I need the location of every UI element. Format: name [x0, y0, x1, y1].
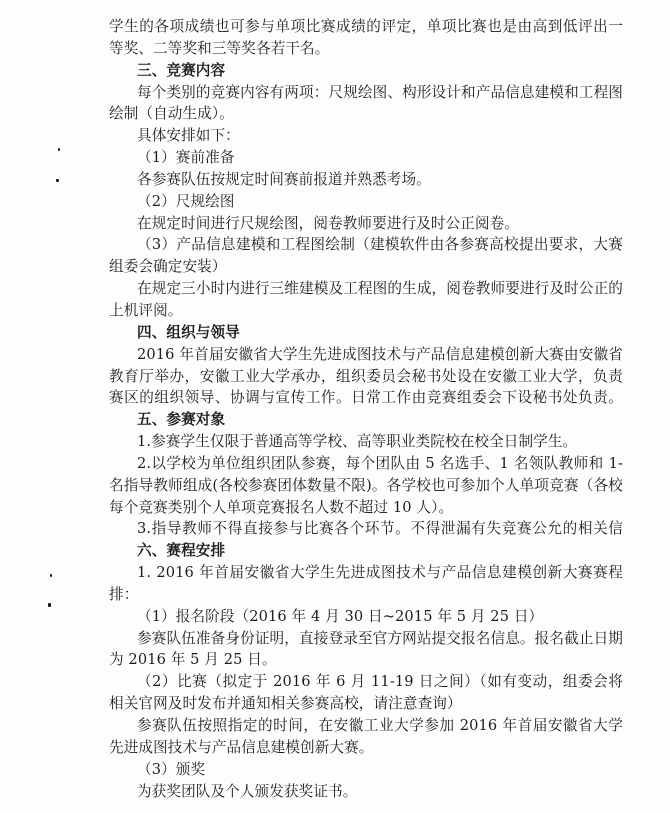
document-line: （1）赛前准备: [109, 147, 623, 169]
document-line: 各参赛队伍按规定时间赛前报道并熟悉考场。: [109, 169, 623, 191]
scan-artifact-dot: [50, 574, 52, 577]
document-line: 排：: [109, 584, 623, 606]
section-heading: 四、组织与领导: [109, 322, 623, 344]
document-line: 1.参赛学生仅限于普通高等学校、高等职业类院校在校全日制学生。: [109, 431, 623, 453]
document-line: 相关官网及时发布并通知相关参赛高校，请注意查询）: [109, 693, 623, 715]
section-heading: 六、赛程安排: [109, 540, 623, 562]
document-line: 2016 年首届安徽省大学生先进成图技术与产品信息建模创新大赛由安徽省: [109, 344, 623, 366]
document-line: 赛区的组织领导、协调与宣传工作。日常工作由竞赛组委会下设秘书处负责。: [109, 387, 623, 409]
section-heading: 五、参赛对象: [109, 409, 623, 431]
scan-artifact-dot: [56, 179, 59, 182]
document-line: 1. 2016 年首届安徽省大学生先进成图技术与产品信息建模创新大赛赛程安: [109, 562, 623, 584]
document-line: 每个竞赛类别个人单项竞赛报名人数不超过 10 人）。: [109, 497, 623, 519]
section-heading: 三、竞赛内容: [109, 60, 623, 82]
document-line: （2）比赛（拟定于 2016 年 6 月 11-19 日之间）（如有变动，组委会…: [109, 671, 623, 693]
scan-artifact-dot: [48, 603, 51, 607]
document-line: 教育厅举办，安徽工业大学承办，组织委员会秘书处设在安徽工业大学，负责本: [109, 366, 623, 388]
document-text-block: 学生的各项成绩也可参与单项比赛成绩的评定，单项比赛也是由高到低评出一等奖、二等奖…: [109, 16, 623, 802]
document-line: 在规定时间进行尺规绘图，阅卷教师要进行及时公正阅卷。: [109, 213, 623, 235]
document-line: （1）报名阶段（2016 年 4 月 30 日~2015 年 5 月 25 日）: [109, 606, 623, 628]
document-line: 学生的各项成绩也可参与单项比赛成绩的评定，单项比赛也是由高到低评出一: [109, 16, 623, 38]
document-line: 上机评阅。: [109, 300, 623, 322]
document-line: 3.指导教师不得直接参与比赛各个环节。不得泄漏有失竞赛公允的相关信息。: [109, 518, 623, 540]
document-line: （3）颁奖: [109, 759, 623, 781]
document-line: 具体安排如下：: [109, 125, 623, 147]
document-line: 名指导教师组成(各校参赛团体数量不限)。各学校也可参加个人单项竞赛（各校: [109, 475, 623, 497]
document-line: （2）尺规绘图: [109, 191, 623, 213]
document-line: 为获奖团队及个人颁发获奖证书。: [109, 781, 623, 803]
document-line: （3）产品信息建模和工程图绘制（建模软件由各参赛高校提出要求，大赛: [109, 234, 623, 256]
document-line: 参赛队伍按照指定的时间，在安徽工业大学参加 2016 年首届安徽省大学生: [109, 715, 623, 737]
document-line: 2.以学校为单位组织团队参赛，每个团队由 5 名选手、1 名领队教师和 1-4: [109, 453, 623, 475]
scanned-document-page: 学生的各项成绩也可参与单项比赛成绩的评定，单项比赛也是由高到低评出一等奖、二等奖…: [0, 0, 670, 813]
document-line: 每个类别的竞赛内容有两项：尺规绘图、构形设计和产品信息建模和工程图: [109, 82, 623, 104]
scan-artifact-dot: [58, 148, 60, 151]
document-line: 参赛队伍准备身份证明，直接登录至官方网站提交报名信息。报名截止日期: [109, 628, 623, 650]
document-line: 先进成图技术与产品信息建模创新大赛。: [109, 737, 623, 759]
document-line: 等奖、二等奖和三等奖各若干名。: [109, 38, 623, 60]
document-line: 组委会确定安装）: [109, 256, 623, 278]
document-line: 为 2016 年 5 月 25 日。: [109, 649, 623, 671]
document-line: 绘制（自动生成）。: [109, 103, 623, 125]
document-line: 在规定三小时内进行三维建模及工程图的生成，阅卷教师要进行及时公正的: [109, 278, 623, 300]
